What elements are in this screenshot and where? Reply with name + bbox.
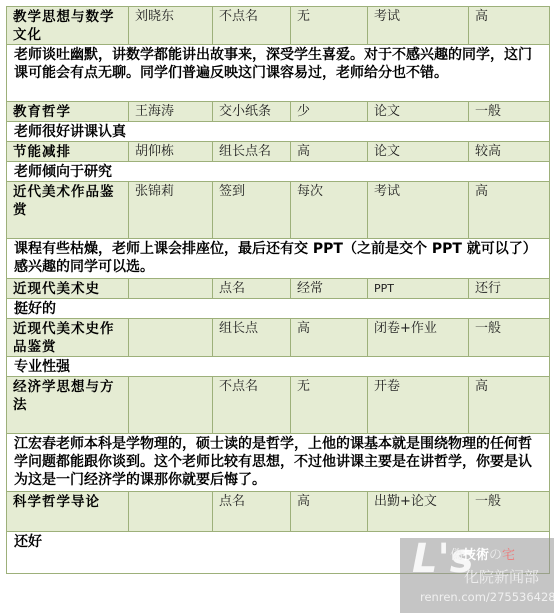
teacher: 刘晓东 (129, 7, 213, 45)
attendance-frequency: 无 (291, 377, 368, 434)
attendance-frequency: 每次 (291, 182, 368, 239)
score-level: 高 (469, 182, 550, 239)
score-level: 一般 (469, 492, 550, 532)
course-name: 近代美术作品鉴赏 (7, 182, 129, 239)
assessment: 出勤+论文 (368, 492, 469, 532)
watermark: L's 偽技術の宅 化院新闻部 renren.com/275536428 (400, 538, 554, 613)
score-level: 较高 (469, 142, 550, 162)
course-comment: 挺好的 (7, 299, 550, 319)
teacher: 张锦莉 (129, 182, 213, 239)
attendance-frequency: 无 (291, 7, 368, 45)
teacher (129, 377, 213, 434)
score-level: 高 (469, 7, 550, 45)
watermark-line1: 偽技術の宅 (450, 544, 515, 563)
course-comment: 老师很好讲课认真 (7, 122, 550, 142)
attendance-method: 点名 (213, 492, 291, 532)
comment-row: 江宏春老师本科是学物理的，硕士读的是哲学，上他的课基本就是围绕物理的任何哲学问题… (7, 434, 550, 492)
course-comment: 老师谈吐幽默，讲数学都能讲出故事来，深受学生喜爱。对于不感兴趣的同学，这门课可能… (7, 45, 550, 102)
attendance-method: 交小纸条 (213, 102, 291, 122)
score-level: 高 (469, 377, 550, 434)
attendance-method: 不点名 (213, 377, 291, 434)
course-row: 教育哲学 王海涛 交小纸条 少 论文 一般 (7, 102, 550, 122)
attendance-frequency: 高 (291, 142, 368, 162)
assessment: 论文 (368, 102, 469, 122)
assessment: 考试 (368, 7, 469, 45)
course-row: 近现代美术史作品鉴赏 组长点 高 闭卷+作业 一般 (7, 319, 550, 357)
attendance-frequency: 少 (291, 102, 368, 122)
course-row: 教学思想与数学文化 刘晓东 不点名 无 考试 高 (7, 7, 550, 45)
teacher (129, 492, 213, 532)
teacher (129, 319, 213, 357)
course-comment: 课程有些枯燥，老师上课会排座位，最后还有交 PPT（之前是交个 PPT 就可以了… (7, 239, 550, 279)
course-name: 教学思想与数学文化 (7, 7, 129, 45)
course-name: 经济学思想与方法 (7, 377, 129, 434)
course-comment: 专业性强 (7, 357, 550, 377)
course-name: 节能减排 (7, 142, 129, 162)
teacher (129, 279, 213, 299)
course-review-table: 教学思想与数学文化 刘晓东 不点名 无 考试 高 老师谈吐幽默，讲数学都能讲出故… (6, 6, 550, 574)
comment-row: 老师谈吐幽默，讲数学都能讲出故事来，深受学生喜爱。对于不感兴趣的同学，这门课可能… (7, 45, 550, 102)
attendance-method: 组长点 (213, 319, 291, 357)
attendance-frequency: 经常 (291, 279, 368, 299)
teacher: 王海涛 (129, 102, 213, 122)
attendance-method: 签到 (213, 182, 291, 239)
course-name: 教育哲学 (7, 102, 129, 122)
attendance-method: 组长点名 (213, 142, 291, 162)
attendance-frequency: 高 (291, 492, 368, 532)
course-row: 近代美术作品鉴赏 张锦莉 签到 每次 考试 高 (7, 182, 550, 239)
attendance-method: 点名 (213, 279, 291, 299)
assessment: 考试 (368, 182, 469, 239)
course-name: 科学哲学导论 (7, 492, 129, 532)
course-row: 经济学思想与方法 不点名 无 开卷 高 (7, 377, 550, 434)
course-row: 节能减排 胡仰栋 组长点名 高 论文 较高 (7, 142, 550, 162)
course-row: 近现代美术史 点名 经常 PPT 还行 (7, 279, 550, 299)
assessment: PPT (368, 279, 469, 299)
course-comment: 江宏春老师本科是学物理的，硕士读的是哲学，上他的课基本就是围绕物理的任何哲学问题… (7, 434, 550, 492)
comment-row: 课程有些枯燥，老师上课会排座位，最后还有交 PPT（之前是交个 PPT 就可以了… (7, 239, 550, 279)
assessment: 论文 (368, 142, 469, 162)
watermark-line2: 化院新闻部 (464, 566, 539, 587)
course-comment: 老师倾向于研究 (7, 162, 550, 182)
watermark-url: renren.com/275536428 (420, 590, 554, 604)
attendance-frequency: 高 (291, 319, 368, 357)
score-level: 一般 (469, 102, 550, 122)
assessment: 闭卷+作业 (368, 319, 469, 357)
comment-row: 挺好的 (7, 299, 550, 319)
score-level: 一般 (469, 319, 550, 357)
course-name: 近现代美术史 (7, 279, 129, 299)
course-row: 科学哲学导论 点名 高 出勤+论文 一般 (7, 492, 550, 532)
score-level: 还行 (469, 279, 550, 299)
attendance-method: 不点名 (213, 7, 291, 45)
course-name: 近现代美术史作品鉴赏 (7, 319, 129, 357)
comment-row: 老师倾向于研究 (7, 162, 550, 182)
teacher: 胡仰栋 (129, 142, 213, 162)
comment-row: 老师很好讲课认真 (7, 122, 550, 142)
assessment: 开卷 (368, 377, 469, 434)
comment-row: 专业性强 (7, 357, 550, 377)
